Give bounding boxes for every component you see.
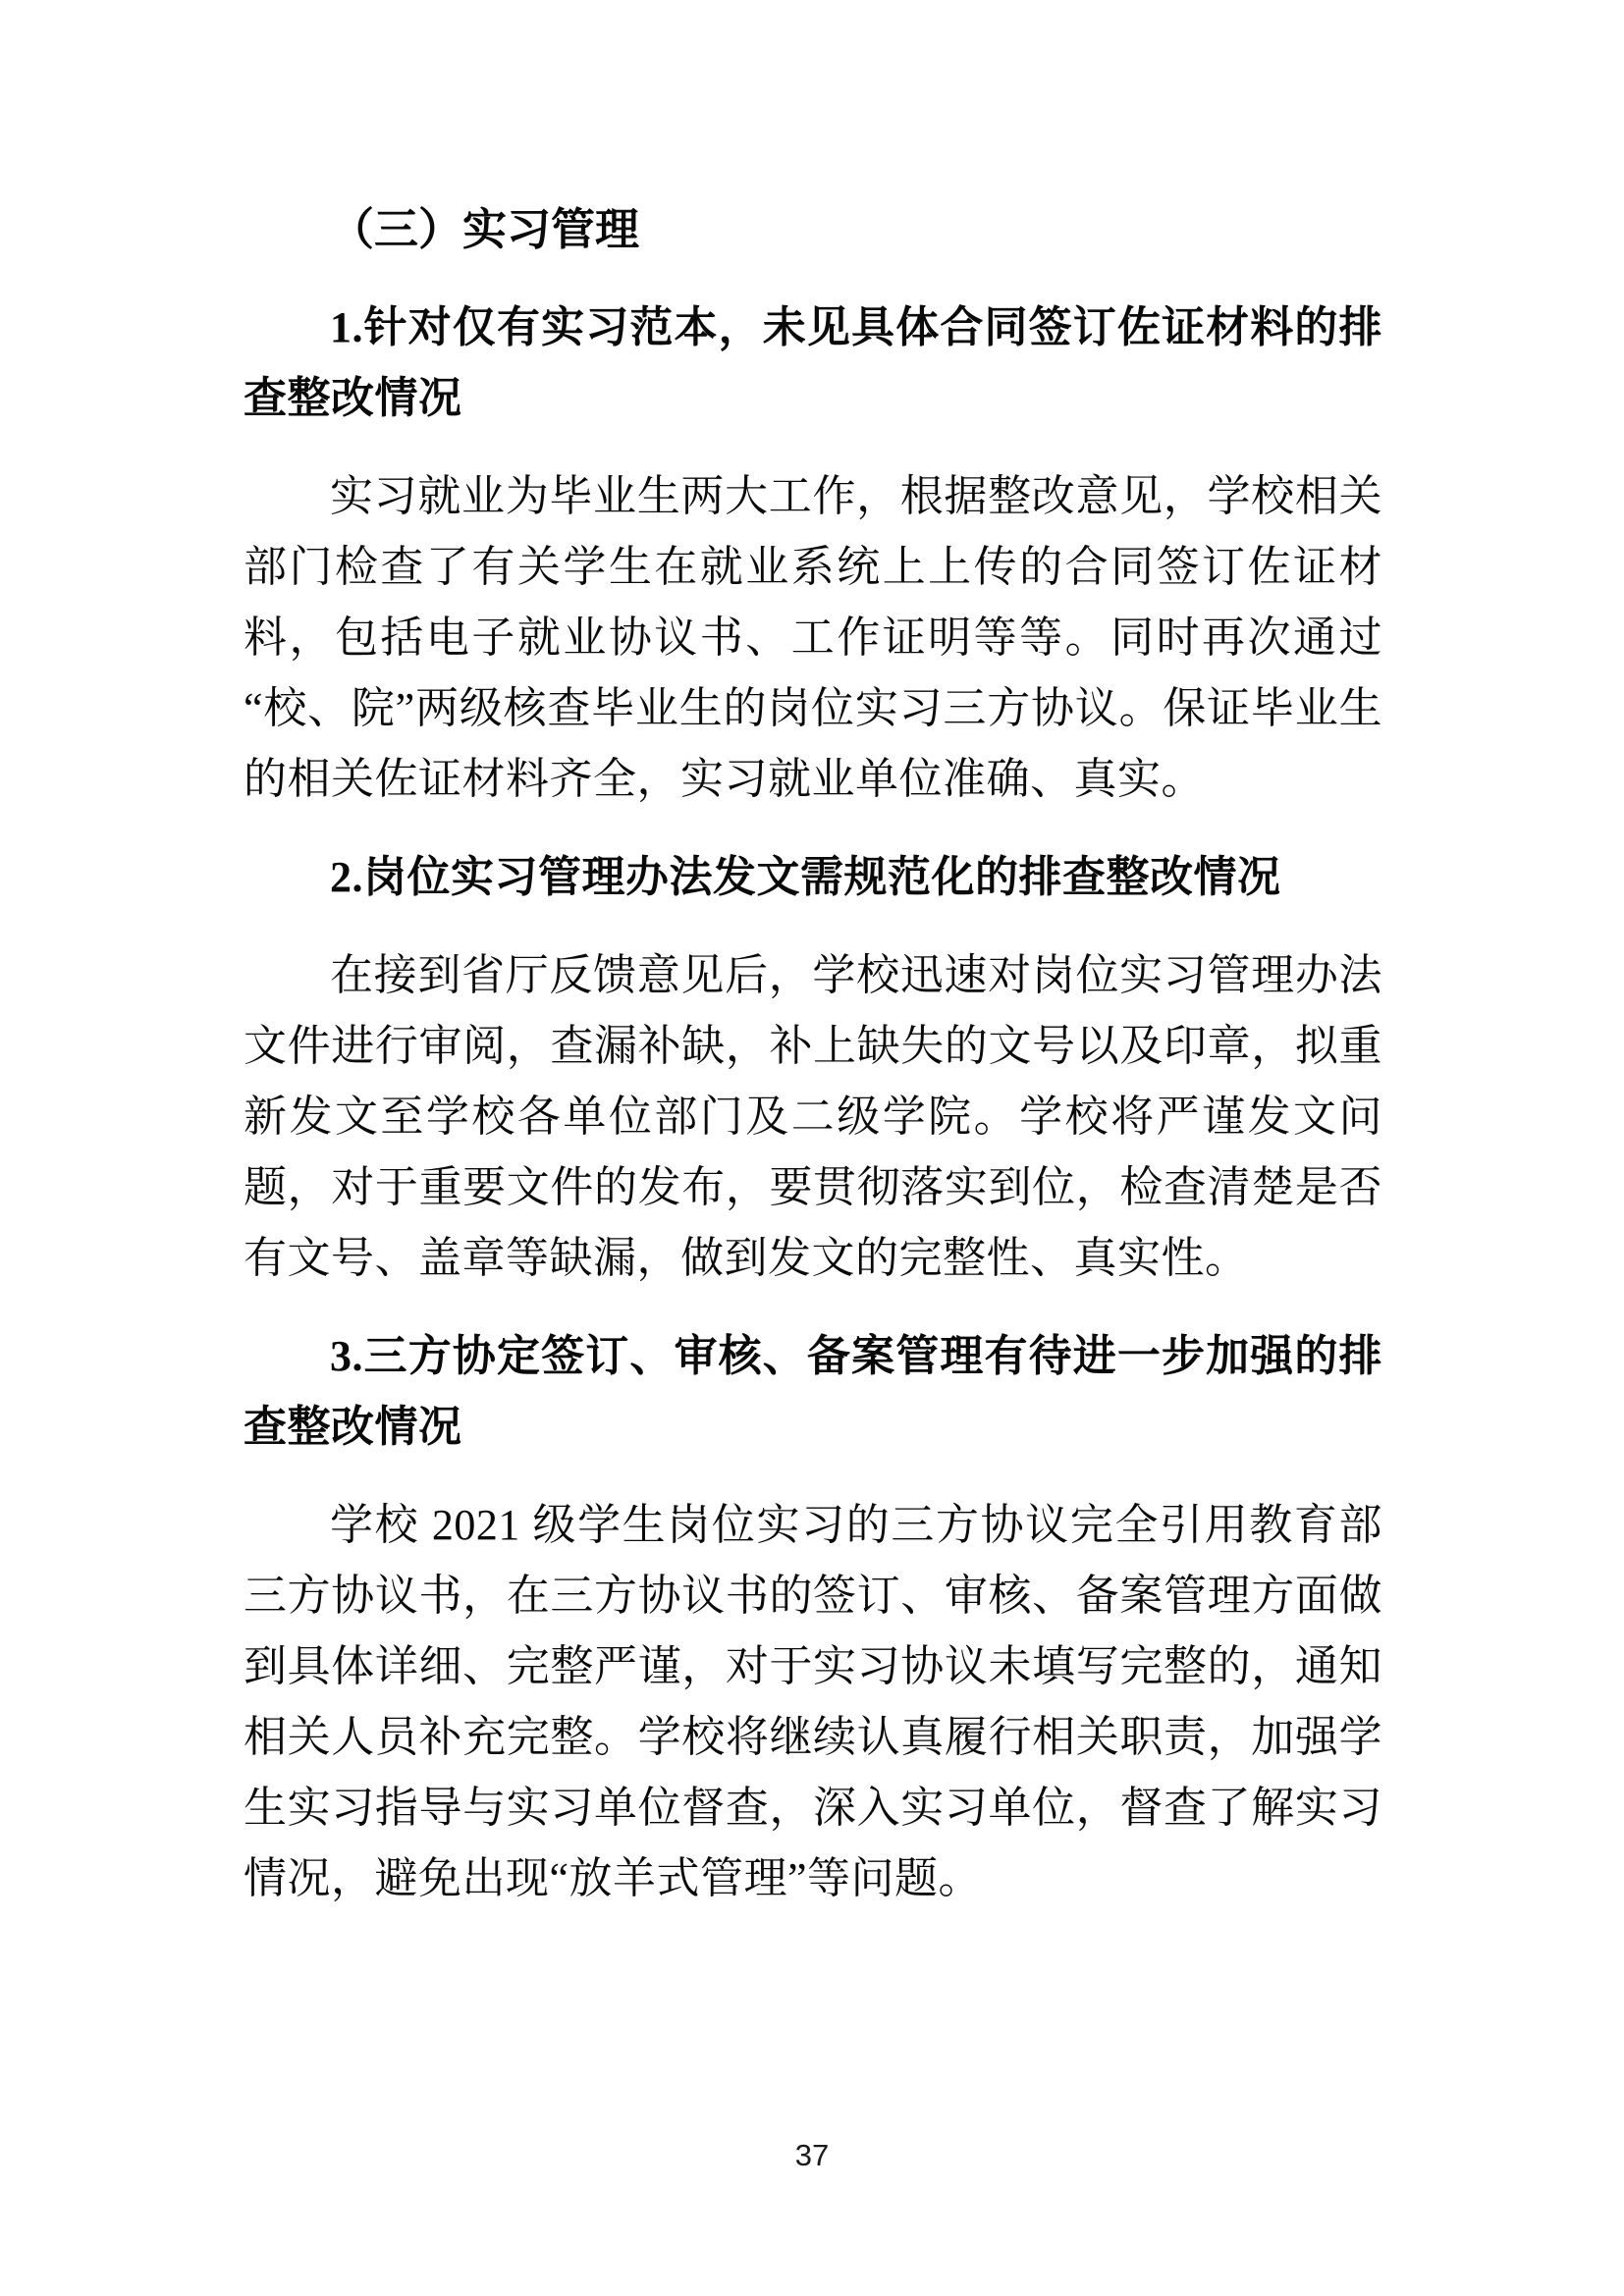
subsection-2-paragraph: 在接到省厅反馈意见后，学校迅速对岗位实习管理办法文件进行审阅，查漏补缺，补上缺失… bbox=[244, 940, 1382, 1294]
document-body: （三）实习管理 1.针对仅有实习范本，未见具体合同签订佐证材料的排查整改情况 实… bbox=[244, 194, 1382, 1942]
subsection-3-paragraph: 学校 2021 级学生岗位实习的三方协议完全引用教育部三方协议书，在三方协议书的… bbox=[244, 1490, 1382, 1914]
subsection-3-heading: 3.三方协定签订、审核、备案管理有待进一步加强的排查整改情况 bbox=[244, 1321, 1382, 1463]
subsection-2-heading: 2.岗位实习管理办法发文需规范化的排查整改情况 bbox=[244, 842, 1382, 913]
document-page: （三）实习管理 1.针对仅有实习范本，未见具体合同签订佐证材料的排查整改情况 实… bbox=[0, 0, 1624, 2296]
section-heading: （三）实习管理 bbox=[244, 194, 1382, 265]
subsection-1-heading: 1.针对仅有实习范本，未见具体合同签订佐证材料的排查整改情况 bbox=[244, 293, 1382, 434]
page-number: 37 bbox=[0, 2136, 1624, 2175]
subsection-1-paragraph: 实习就业为毕业生两大工作，根据整改意见，学校相关部门检查了有关学生在就业系统上上… bbox=[244, 461, 1382, 815]
